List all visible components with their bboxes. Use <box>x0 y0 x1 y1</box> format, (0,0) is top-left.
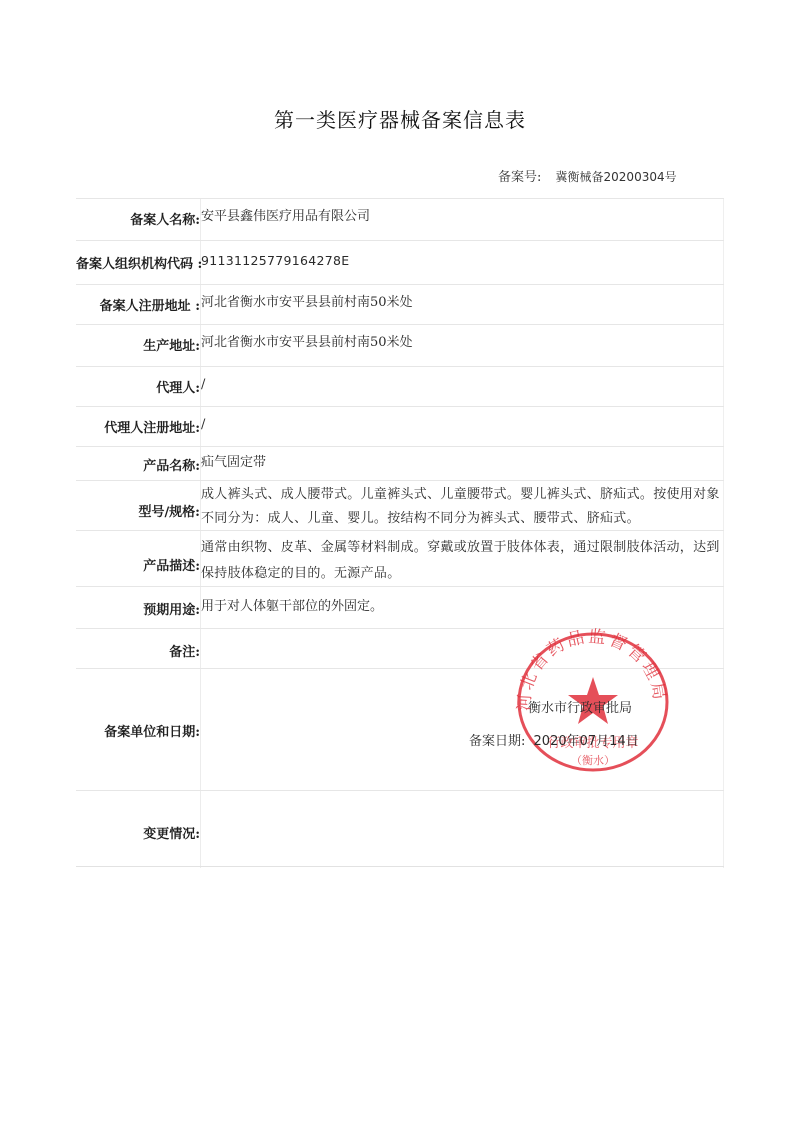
field-label: 变更情况: <box>76 823 200 842</box>
field-label: 备案人注册地址 : <box>76 295 200 314</box>
field-value: / <box>201 414 724 436</box>
field-row-production-address: 生产地址: 河北省衡水市安平县县前村南50米处 <box>76 324 724 367</box>
field-label: 产品描述: <box>76 555 200 574</box>
field-label: 预期用途: <box>76 599 200 618</box>
field-value: 用于对人体躯干部位的外固定。 <box>201 596 724 618</box>
field-row-agent-address: 代理人注册地址: / <box>76 406 724 447</box>
field-row-org-code: 备案人组织机构代码 : 91131125779164278E <box>76 240 724 285</box>
field-value: 91131125779164278E <box>201 250 724 272</box>
field-row-changes: 变更情况: <box>76 790 724 867</box>
record-number: 备案号: 冀衡械备20200304号 <box>498 166 677 185</box>
field-label: 代理人: <box>76 377 200 396</box>
field-row-intended-use: 预期用途: 用于对人体躯干部位的外固定。 <box>76 586 724 629</box>
filing-date: 备案日期: 2020年07月14日 <box>469 730 639 749</box>
field-value: 通常由织物、皮革、金属等材料制成。穿戴或放置于肢体体表，通过限制肢体活动，达到保… <box>201 535 724 587</box>
document-title: 第一类医疗器械备案信息表 <box>0 104 800 133</box>
field-label: 备案人名称: <box>76 209 200 228</box>
field-value: 疝气固定带 <box>201 452 724 474</box>
record-number-label: 备案号: <box>498 170 541 185</box>
field-row-registered-address: 备案人注册地址 : 河北省衡水市安平县县前村南50米处 <box>76 284 724 325</box>
field-row-product-name: 产品名称: 疝气固定带 <box>76 446 724 481</box>
filing-unit-name: 衡水市行政审批局 <box>528 697 632 716</box>
filing-date-value: 2020年07月14日 <box>534 734 639 749</box>
svg-text:（衡水）: （衡水） <box>571 753 615 767</box>
field-row-model-spec: 型号/规格: 成人裤头式、成人腰带式。儿童裤头式、儿童腰带式。婴儿裤头式、脐疝式… <box>76 480 724 531</box>
field-row-description: 产品描述: 通常由织物、皮革、金属等材料制成。穿戴或放置于肢体体表，通过限制肢体… <box>76 530 724 587</box>
field-value: 成人裤头式、成人腰带式。儿童裤头式、儿童腰带式。婴儿裤头式、脐疝式。按使用对象不… <box>201 483 724 531</box>
field-label: 备案单位和日期: <box>76 721 200 740</box>
field-label: 代理人注册地址: <box>76 417 200 436</box>
field-label: 生产地址: <box>76 335 200 354</box>
record-number-value: 冀衡械备20200304号 <box>556 170 677 184</box>
field-value: 安平县鑫伟医疗用品有限公司 <box>201 206 724 228</box>
field-row-agent: 代理人: / <box>76 366 724 407</box>
filing-date-label: 备案日期: <box>469 734 525 749</box>
field-value: / <box>201 374 724 396</box>
field-label: 备案人组织机构代码 : <box>76 253 200 272</box>
field-value: 河北省衡水市安平县县前村南50米处 <box>201 292 724 314</box>
field-row-applicant-name: 备案人名称: 安平县鑫伟医疗用品有限公司 <box>76 198 724 241</box>
field-label: 型号/规格: <box>76 501 200 520</box>
field-label: 产品名称: <box>76 455 200 474</box>
field-value: 河北省衡水市安平县县前村南50米处 <box>201 332 724 354</box>
field-label: 备注: <box>76 641 200 660</box>
